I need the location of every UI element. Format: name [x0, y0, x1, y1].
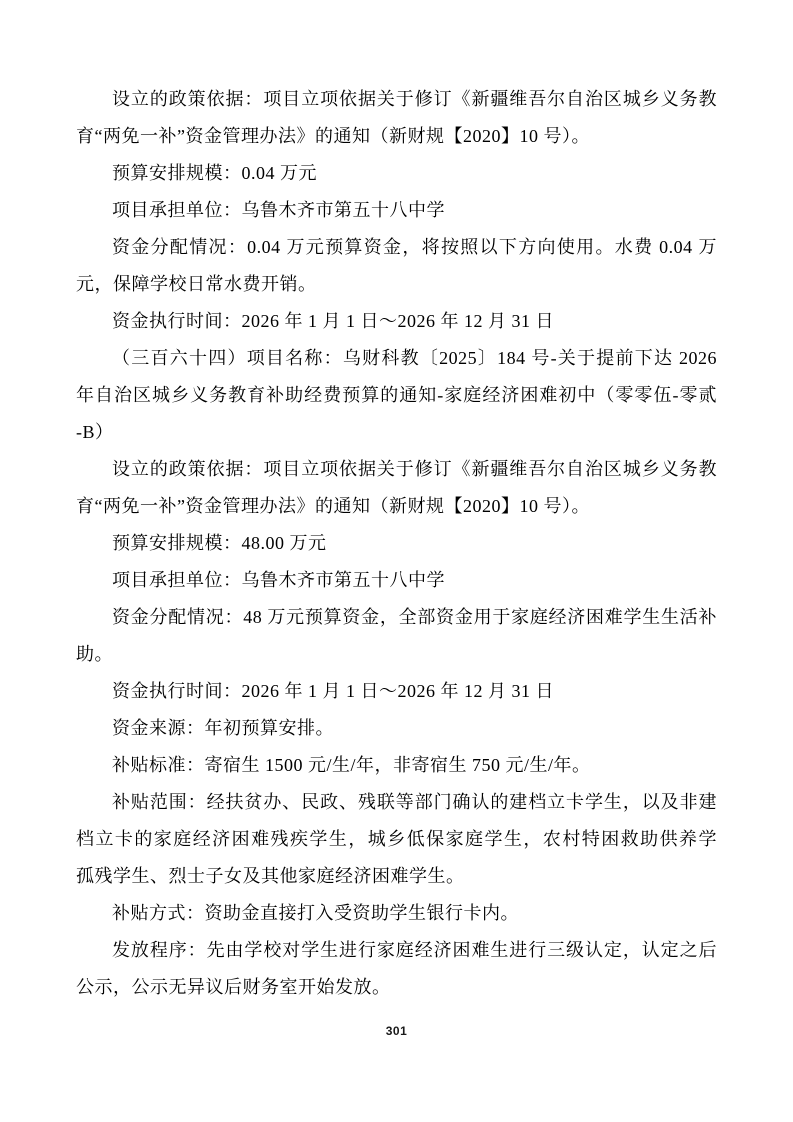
- text-line: 年自治区城乡义务教育补助经费预算的通知-家庭经济困难初中（零零伍-零贰: [76, 377, 717, 414]
- paragraph-fund-allocation-1: 资金分配情况：0.04 万元预算资金，将按照以下方向使用。水费 0.04 万 元…: [76, 229, 717, 303]
- paragraph-execution-time-1: 资金执行时间：2026 年 1 月 1 日～2026 年 12 月 31 日: [76, 303, 717, 340]
- text-line: 发放程序：先由学校对学生进行家庭经济困难生进行三级认定，认定之后: [76, 932, 717, 969]
- text-line: 育“两免一补”资金管理办法》的通知（新财规【2020】10 号）。: [76, 118, 717, 155]
- text-line: 预算安排规模：48.00 万元: [76, 525, 717, 562]
- text-line: 项目承担单位：乌鲁木齐市第五十八中学: [76, 192, 717, 229]
- text-line: 资金分配情况：0.04 万元预算资金，将按照以下方向使用。水费 0.04 万: [76, 229, 717, 266]
- paragraph-subsidy-scope: 补贴范围：经扶贫办、民政、残联等部门确认的建档立卡学生，以及非建 档立卡的家庭经…: [76, 784, 717, 895]
- paragraph-subsidy-standard: 补贴标准：寄宿生 1500 元/生/年，非寄宿生 750 元/生/年。: [76, 747, 717, 784]
- text-line: 资金分配情况：48 万元预算资金，全部资金用于家庭经济困难学生生活补: [76, 599, 717, 636]
- paragraph-project-name-364: （三百六十四）项目名称：乌财科教〔2025〕184 号-关于提前下达 2026 …: [76, 340, 717, 451]
- paragraph-fund-source: 资金来源：年初预算安排。: [76, 710, 717, 747]
- text-line: -B）: [76, 414, 717, 451]
- text-line: 补贴范围：经扶贫办、民政、残联等部门确认的建档立卡学生，以及非建: [76, 784, 717, 821]
- paragraph-distribution-procedure: 发放程序：先由学校对学生进行家庭经济困难生进行三级认定，认定之后 公示，公示无异…: [76, 932, 717, 1006]
- text-line: 资金执行时间：2026 年 1 月 1 日～2026 年 12 月 31 日: [76, 303, 717, 340]
- document-page: 设立的政策依据：项目立项依据关于修订《新疆维吾尔自治区城乡义务教 育“两免一补”…: [0, 0, 793, 1122]
- paragraph-undertaking-unit-2: 项目承担单位：乌鲁木齐市第五十八中学: [76, 562, 717, 599]
- page-number: 301: [386, 1024, 408, 1038]
- text-line: 设立的政策依据：项目立项依据关于修订《新疆维吾尔自治区城乡义务教: [76, 81, 717, 118]
- paragraph-fund-allocation-2: 资金分配情况：48 万元预算资金，全部资金用于家庭经济困难学生生活补 助。: [76, 599, 717, 673]
- paragraph-policy-basis-1: 设立的政策依据：项目立项依据关于修订《新疆维吾尔自治区城乡义务教 育“两免一补”…: [76, 81, 717, 155]
- text-line: 公示，公示无异议后财务室开始发放。: [76, 969, 717, 1006]
- paragraph-budget-scale-1: 预算安排规模：0.04 万元: [76, 155, 717, 192]
- text-line: 项目承担单位：乌鲁木齐市第五十八中学: [76, 562, 717, 599]
- paragraph-undertaking-unit-1: 项目承担单位：乌鲁木齐市第五十八中学: [76, 192, 717, 229]
- text-line: 预算安排规模：0.04 万元: [76, 155, 717, 192]
- document-body: 设立的政策依据：项目立项依据关于修订《新疆维吾尔自治区城乡义务教 育“两免一补”…: [76, 81, 717, 1006]
- text-line: （三百六十四）项目名称：乌财科教〔2025〕184 号-关于提前下达 2026: [76, 340, 717, 377]
- page-footer: 301: [0, 1022, 793, 1040]
- text-line: 补贴标准：寄宿生 1500 元/生/年，非寄宿生 750 元/生/年。: [76, 747, 717, 784]
- text-line: 元，保障学校日常水费开销。: [76, 266, 717, 303]
- text-line: 孤残学生、烈士子女及其他家庭经济困难学生。: [76, 858, 717, 895]
- paragraph-budget-scale-2: 预算安排规模：48.00 万元: [76, 525, 717, 562]
- text-line: 设立的政策依据：项目立项依据关于修订《新疆维吾尔自治区城乡义务教: [76, 451, 717, 488]
- paragraph-policy-basis-2: 设立的政策依据：项目立项依据关于修订《新疆维吾尔自治区城乡义务教 育“两免一补”…: [76, 451, 717, 525]
- text-line: 补贴方式：资助金直接打入受资助学生银行卡内。: [76, 895, 717, 932]
- paragraph-execution-time-2: 资金执行时间：2026 年 1 月 1 日～2026 年 12 月 31 日: [76, 673, 717, 710]
- text-line: 助。: [76, 636, 717, 673]
- paragraph-subsidy-method: 补贴方式：资助金直接打入受资助学生银行卡内。: [76, 895, 717, 932]
- text-line: 资金来源：年初预算安排。: [76, 710, 717, 747]
- text-line: 资金执行时间：2026 年 1 月 1 日～2026 年 12 月 31 日: [76, 673, 717, 710]
- text-line: 育“两免一补”资金管理办法》的通知（新财规【2020】10 号）。: [76, 488, 717, 525]
- text-line: 档立卡的家庭经济困难残疾学生，城乡低保家庭学生，农村特困救助供养学生、: [76, 821, 717, 858]
